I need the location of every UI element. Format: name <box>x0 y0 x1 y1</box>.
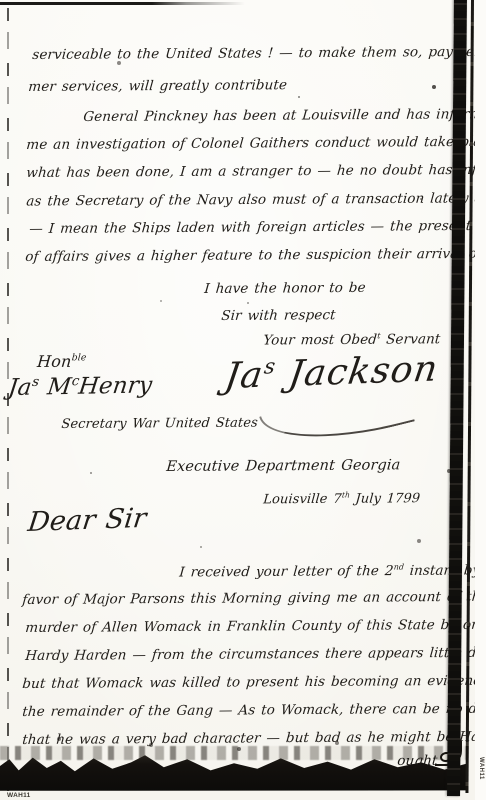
signature-jas-jackson: Jas Jackson <box>222 349 441 397</box>
line-text: Hon <box>36 352 72 371</box>
address-honorific: Honble <box>36 352 86 371</box>
superscript: ble <box>71 352 87 363</box>
line-text: Ja <box>222 355 266 397</box>
salutation: Dear Sir <box>26 503 148 538</box>
catchword: ought <box>397 753 438 769</box>
letter-line: the remainder of the Gang — As to Womack… <box>22 700 486 720</box>
letter-line: serviceable to the United States ! — to … <box>32 43 486 63</box>
scanned-letter-page: WAH11 WAH11 serviceable to the United St… <box>0 0 486 800</box>
letter-line: General Pinckney has been at Louisville … <box>83 106 486 125</box>
letter-line: murder of Allen Womack in Franklin Count… <box>25 617 486 636</box>
letter-line: as the Secretary of the Navy also must o… <box>26 189 486 209</box>
letter-line: — I mean the Ships laden with foreign ar… <box>29 217 486 237</box>
closing-line: I have the honor to be <box>204 280 367 297</box>
address-title: Secretary War United States <box>61 416 259 432</box>
letter-line: what has been done, I am a stranger to —… <box>26 161 486 181</box>
line-text: Louisville 7 <box>263 492 343 508</box>
line-text: as the Secretary of the Navy also must o… <box>26 190 486 209</box>
letter-line: favor of Major Parsons this Morning givi… <box>22 589 486 608</box>
letter-line: that he was a very bad character — but b… <box>22 729 486 748</box>
closing-line: Your most Obedt Servant <box>263 331 441 349</box>
letter-line: Hardy Harden — from the circumstances th… <box>25 645 486 664</box>
letter-line: but that Womack was killed to present hi… <box>22 672 486 692</box>
letter-line: mer services, will greatly contribute <box>28 77 288 95</box>
line-text: M <box>37 374 73 401</box>
line-text: Henry <box>77 373 153 400</box>
letter-line: I received your letter of the 2nd instan… <box>179 562 481 581</box>
archive-code-bottom-left: WAH11 <box>7 792 31 799</box>
letter-line: of affairs gives a higher feature to the… <box>25 245 486 265</box>
letter-line: me an investigation of Colonel Gaithers … <box>26 134 486 153</box>
archive-code-vertical: WAH11 <box>478 757 484 780</box>
archive-margin-strip <box>475 0 486 800</box>
line-text: I received your letter of the 2 <box>179 563 394 580</box>
heading-date: Louisville 7th July 1799 <box>263 490 421 507</box>
line-text: Servant <box>380 331 441 347</box>
line-text: Your most Obed <box>263 332 378 349</box>
closing-line: Sir with respect <box>221 307 337 324</box>
heading-place: Executive Department Georgia <box>166 457 401 475</box>
top-scan-edge-line <box>0 2 245 5</box>
line-text: July 1799 <box>349 491 421 506</box>
line-text: Jackson <box>272 349 441 396</box>
line-text: Ja <box>7 375 33 401</box>
address-name-mchenry: Jas McHenry <box>7 373 154 401</box>
